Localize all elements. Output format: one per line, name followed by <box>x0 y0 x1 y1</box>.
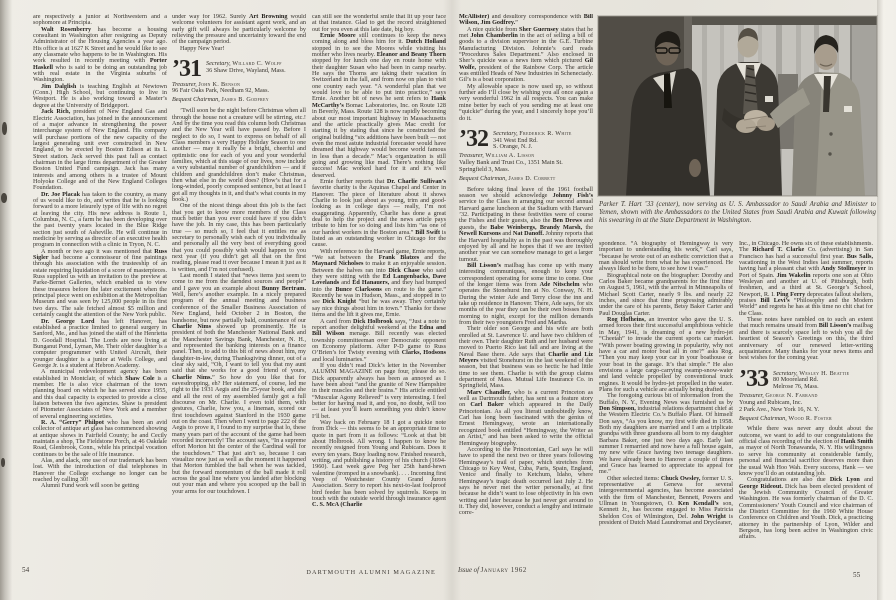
paragraph: Biographical note on the biographer: Dor… <box>599 273 733 317</box>
paragraph: under way for 1962. Surely Art Browning … <box>172 14 306 46</box>
paragraph: According to the Princetonian, Carl says… <box>459 447 593 517</box>
paragraph: A card from Dick Holbrook says, “Just a … <box>312 319 446 363</box>
class-year-header: ’33Secretary, Wesley H. Beattie80 Moorel… <box>739 370 873 391</box>
class-year-header: ’31Secretary, Willard C. Wolff36 Shaw Dr… <box>172 60 306 79</box>
class-secretary: Secretary, Willard C. Wolff36 Shaw Drive… <box>206 61 286 74</box>
right-page-column-3: Inc., in Chicago. He owns six of these e… <box>739 241 873 562</box>
page-number-54: 54 <box>22 566 29 574</box>
paragraph: Jim Dalglish is teaching English at Newt… <box>33 84 167 109</box>
paragraph: While there was never any doubt about th… <box>739 426 873 477</box>
class-year-numeral: ’33 <box>739 370 768 389</box>
scan-artifact <box>1 458 5 467</box>
scan-edge-left <box>0 0 13 600</box>
class-officer-line: Treasurer, William A. LissonValley Bank … <box>459 153 593 173</box>
class-secretary: Secretary, Frederick R. White341 West En… <box>493 131 572 151</box>
class-year-header: ’32Secretary, Frederick R. White341 West… <box>459 130 593 151</box>
paragraph: Inc., in Chicago. He owns six of these e… <box>739 241 873 317</box>
class-year-numeral: ’32 <box>459 130 488 149</box>
paragraph: A nice quickie from Sher Guernsey states… <box>459 27 593 84</box>
footer-issue-prefix: Issue of <box>458 567 479 574</box>
paragraph: Bill Lisson’s mailbag has come up with m… <box>459 263 593 326</box>
right-page-column-2: spondence. “A biography of Hemingway is … <box>599 241 733 562</box>
footer-issue-date: January 1962 <box>481 567 527 574</box>
scan-artifact <box>2 122 7 135</box>
paragraph: Their older son George and his wife are … <box>459 326 593 389</box>
class-officer-line: Treasurer, George N. FarrandYoung and Ru… <box>739 393 873 413</box>
class-secretary: Secretary, Wesley H. Beattie80 Mooreland… <box>773 371 849 391</box>
paragraph: Way back on February 18 I got a quickie … <box>312 420 446 509</box>
paragraph: Ernie Moore still continues to keep the … <box>312 33 446 179</box>
footer-magazine-title: DARTMOUTH ALUMNI MAGAZINE <box>280 569 436 576</box>
class-year-numeral: ’31 <box>172 60 201 79</box>
paragraph: A municipal redevelopment agency has bee… <box>33 369 167 420</box>
paragraph: Before taking final leave of the 1961 fo… <box>459 187 593 263</box>
scan-artifact <box>1 193 7 203</box>
paragraph: Alas, and alack, one use of our trademar… <box>33 458 167 483</box>
paragraph: One of the nicest things about this job … <box>172 203 306 273</box>
scan-edge-right <box>877 0 896 600</box>
page-number-55: 55 <box>853 571 860 579</box>
paragraph: R. A. “Gerry” Philpot who has been an av… <box>33 420 167 458</box>
paragraph: Ernie further reports that Dr. Charlie S… <box>312 179 446 249</box>
paragraph: Jack Rich, president of New England Gas … <box>33 109 167 191</box>
paragraph: Walt Rosenberry has become a housing con… <box>33 27 167 84</box>
paragraph: Dr. Joe Placak has taken to the country,… <box>33 192 167 249</box>
magazine-spread: are respectively a junior at Northwester… <box>0 0 896 600</box>
class-officer-line: Bequest Chairman, Wood R. Foster <box>739 416 873 423</box>
left-page-column-2: under way for 1962. Surely Art Browning … <box>172 14 306 562</box>
right-page-column-1: McAllister) and desultory correspondence… <box>459 14 593 562</box>
paragraph: If you didn’t read Dick’s letter in the … <box>312 363 446 420</box>
left-page-column-3: can still see the wonderful smile that l… <box>312 14 446 562</box>
paragraph: Other selected items: Chuck Owsley, form… <box>599 476 733 527</box>
left-page-column-1: are respectively a junior at Northwester… <box>33 14 167 562</box>
paragraph: Rog Hofheins, an inventor who gave the U… <box>599 317 733 393</box>
paragraph: Last month I stated that “news items jus… <box>172 273 306 495</box>
class-officer-line: Bequest Chairman, James D. Corbett <box>459 176 593 183</box>
photo-caption: Parker T. Hart ’33 (center), now serving… <box>599 201 876 225</box>
paragraph: These notes have rambled on to such an e… <box>739 317 873 361</box>
paragraph: My allowable space is now used up, so wi… <box>459 84 593 122</box>
photo-ambassadors-handshake <box>598 16 877 196</box>
paragraph: Happy New Year! <box>172 46 306 52</box>
paragraph: Congratulations are also due Dick Lyon a… <box>739 477 873 540</box>
paragraph: can still see the wonderful smile that l… <box>312 14 446 33</box>
class-officer-line: Bequest Chairman, James B. Godfrey <box>172 97 306 104</box>
paragraph: ’Twill soon be the night before Christma… <box>172 108 306 203</box>
photo-illustration <box>598 16 877 196</box>
paragraph: The foregoing curious bit of information… <box>599 393 733 475</box>
paragraph: Alumni Fund work will soon be getting <box>33 483 167 489</box>
paragraph: A month or two ago it was mentioned that… <box>33 249 167 319</box>
footer-issue: Issue of January 1962 <box>458 567 527 574</box>
paragraph: With reference to the Harvard game, Erni… <box>312 249 446 319</box>
paragraph: Dr. George Lord has left Hanover, has es… <box>33 319 167 370</box>
class-officer-line: Treasurer, John K. Benson96 Fair Oaks Pa… <box>172 82 306 95</box>
paragraph: spondence. “A biography of Hemingway is … <box>599 241 733 273</box>
paragraph: Marv Chandler, who is a current Princeto… <box>459 390 593 447</box>
